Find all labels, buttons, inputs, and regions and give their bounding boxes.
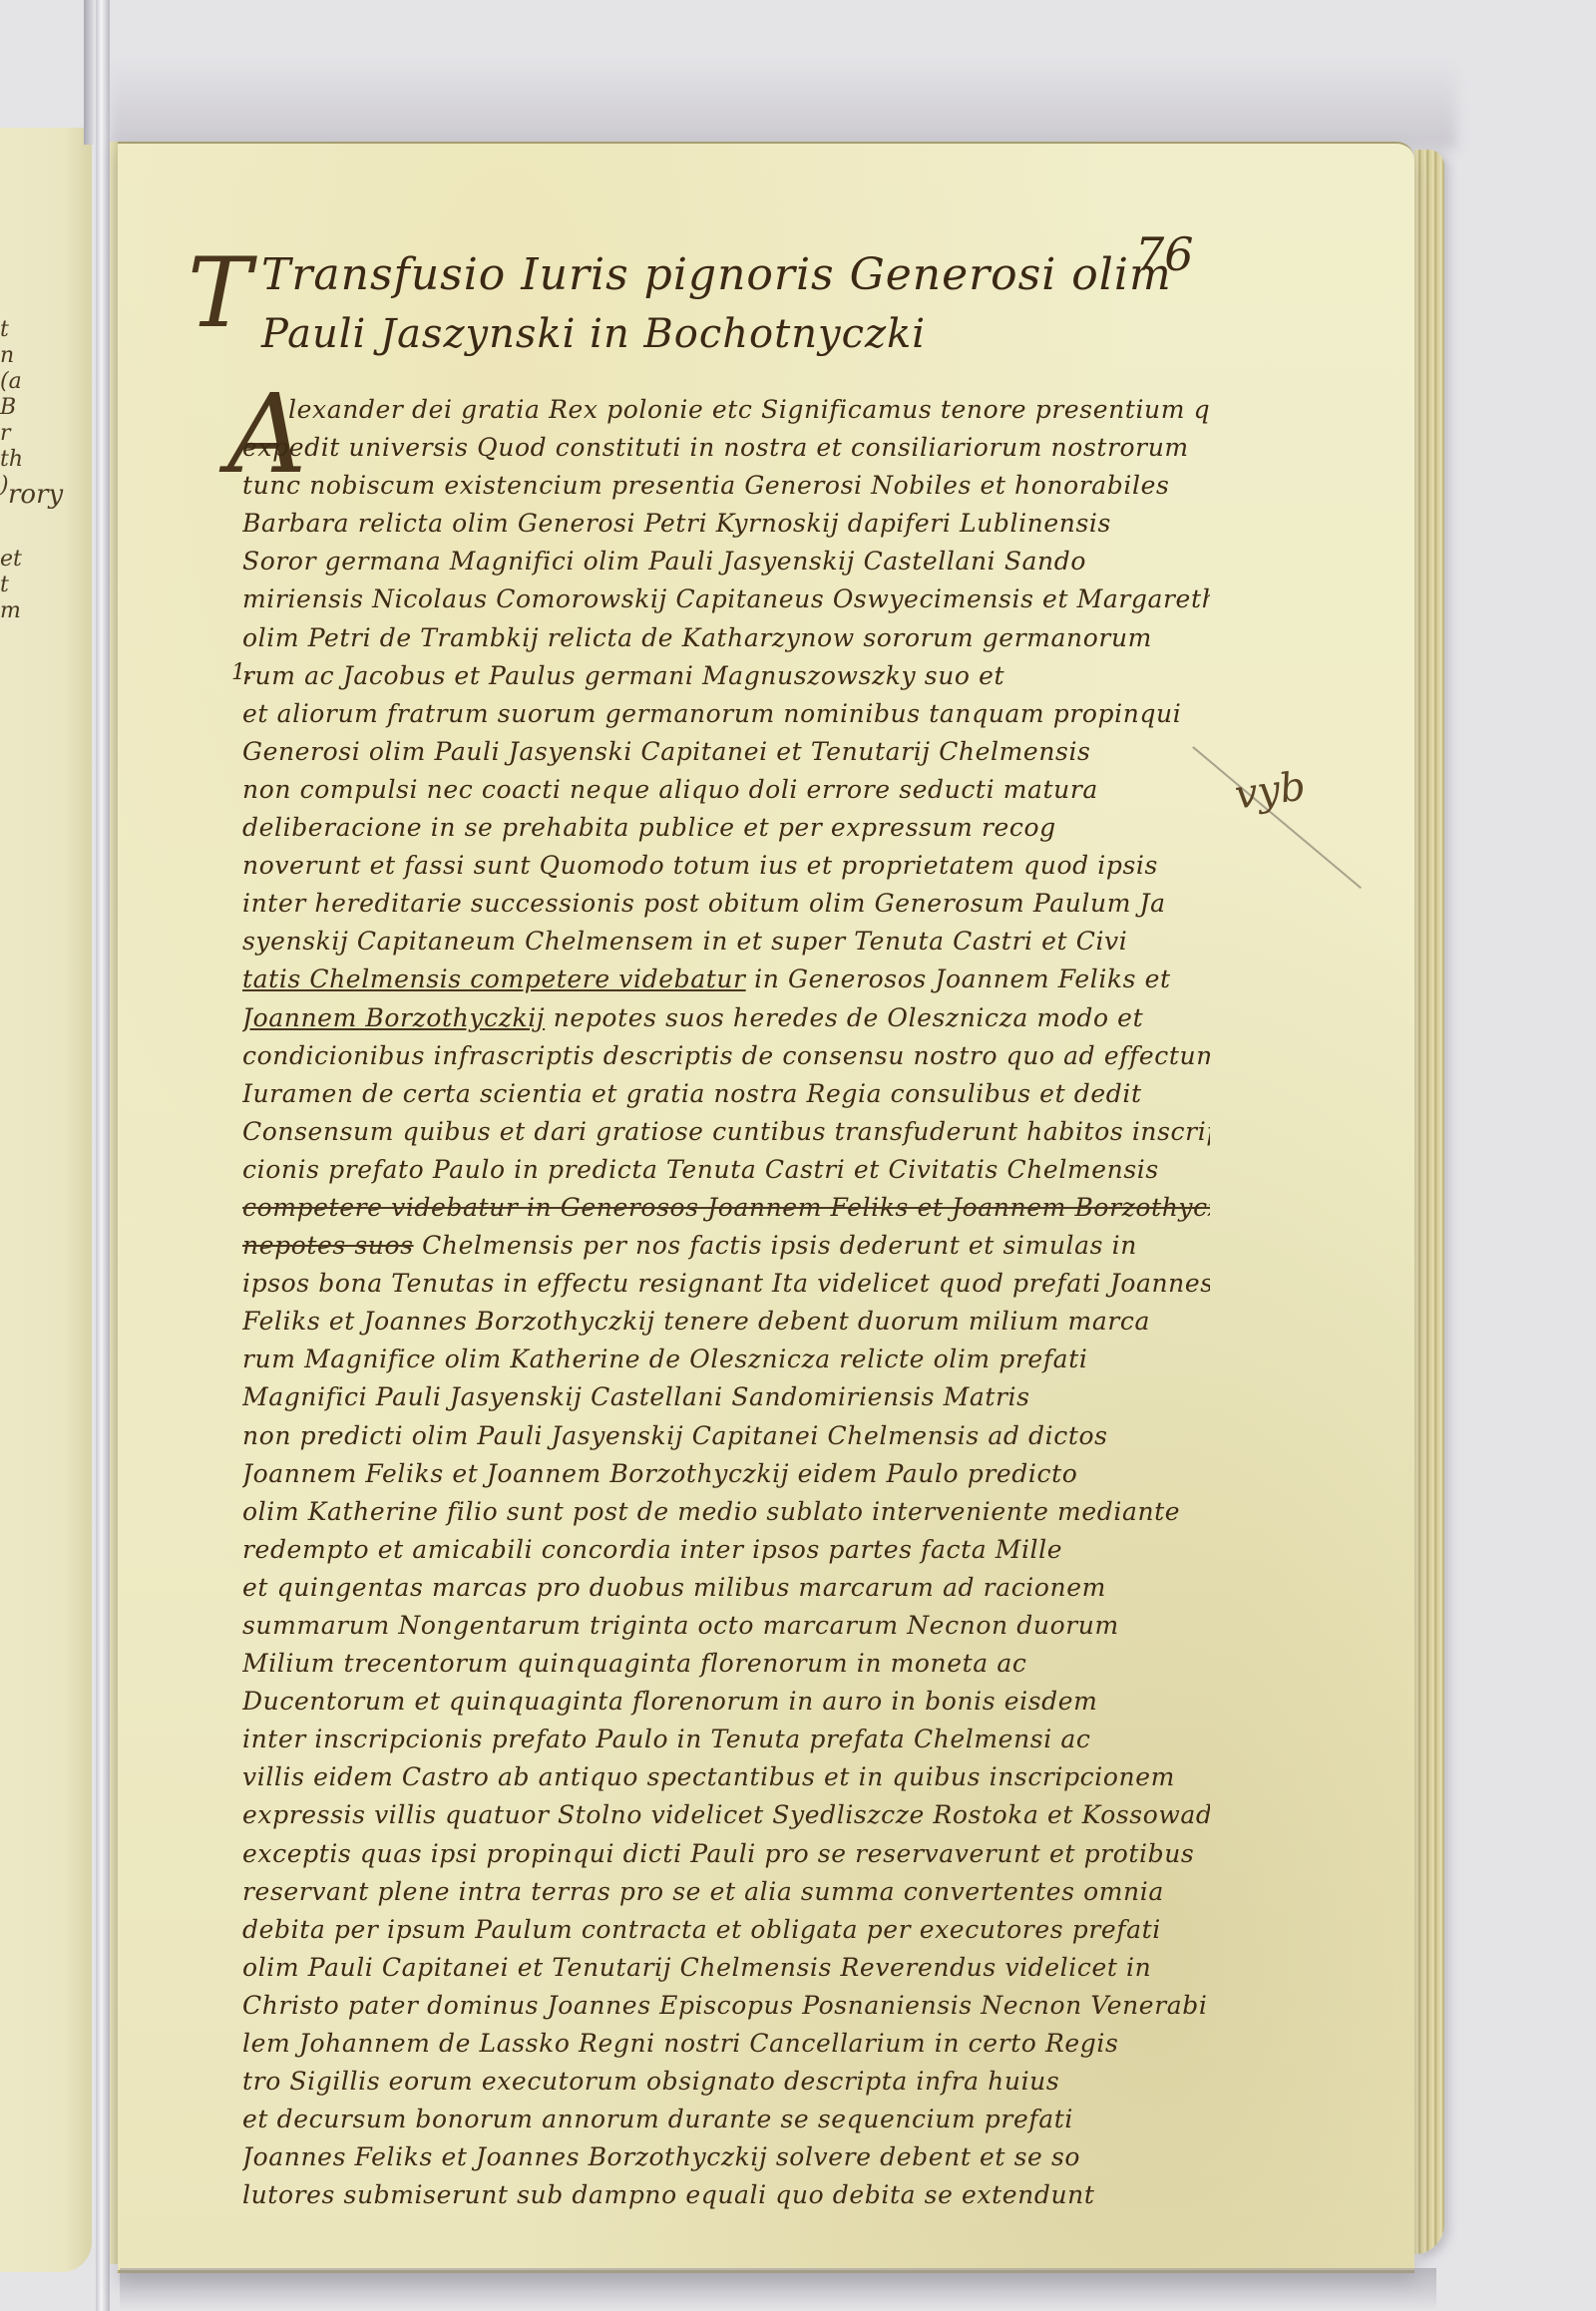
manuscript-line: olim Katherine filio sunt post de medio … — [242, 1493, 1210, 1531]
manuscript-line: inter inscripcionis prefato Paulo in Ten… — [242, 1721, 1210, 1758]
manuscript-line: Joannes Feliks et Joannes Borzothyczkij … — [242, 2138, 1210, 2176]
manuscript-line: exceptis quas ipsi propinqui dicti Pauli… — [242, 1835, 1210, 1873]
manuscript-line: redempto et amicabili concordia inter ip… — [242, 1531, 1210, 1569]
manuscript-line: debita per ipsum Paulum contracta et obl… — [242, 1911, 1210, 1949]
left-page-fragments-bottom: et t m — [0, 547, 60, 624]
manuscript-line: noverunt et fassi sunt Quomodo totum ius… — [242, 847, 1210, 885]
background-shadow — [110, 60, 1456, 150]
manuscript-line: olim Petri de Trambkij relicta de Kathar… — [242, 619, 1210, 657]
manuscript-line: non compulsi nec coacti neque aliquo dol… — [242, 771, 1210, 809]
manuscript-line: Generosi olim Pauli Jasyenski Capitanei … — [242, 733, 1210, 771]
page-stack-edges — [1414, 150, 1444, 2254]
manuscript-line: rum ac Jacobus et Paulus germani Magnusz… — [242, 657, 1210, 695]
heading-line-1: Transfusio Iuris pignoris Generosi olim — [261, 249, 1172, 300]
manuscript-line: Ducentorum et quinquaginta florenorum in… — [242, 1683, 1210, 1721]
manuscript-line: syenskij Capitaneum Chelmensem in et sup… — [242, 923, 1210, 961]
manuscript-line: expressis villis quatuor Stolno videlice… — [242, 1796, 1210, 1834]
manuscript-line: Joannem Borzothyczkij nepotes suos hered… — [242, 999, 1210, 1037]
manuscript-line: Barbara relicta olim Generosi Petri Kyrn… — [242, 505, 1210, 543]
manuscript-line: Consensum quibus et dari gratiose cuntib… — [242, 1113, 1210, 1151]
book-holder-rod — [96, 0, 110, 2311]
manuscript-line: Iuramen de certa scientia et gratia nost… — [242, 1075, 1210, 1113]
manuscript-line: summarum Nongentarum triginta octo marca… — [242, 1607, 1210, 1645]
manuscript-line: et decursum bonorum annorum durante se s… — [242, 2101, 1210, 2138]
manuscript-line: Milium trecentorum quinquaginta florenor… — [242, 1645, 1210, 1683]
manuscript-line: nepotes suos Chelmensis per nos factis i… — [242, 1227, 1210, 1265]
page-bottom-shadow — [120, 2268, 1436, 2311]
body-text-block: lexander dei gratia Rex polonie etc Sign… — [242, 391, 1210, 2215]
manuscript-line: reservant plene intra terras pro se et a… — [242, 1873, 1210, 1911]
left-facing-page: t n (a B r th ) rory et t m — [0, 128, 92, 2272]
manuscript-line: inter hereditarie successionis post obit… — [242, 885, 1210, 923]
decorated-initial-heading: T — [188, 245, 251, 341]
manuscript-line: tunc nobiscum existencium presentia Gene… — [242, 467, 1210, 505]
manuscript-line: tatis Chelmensis competere videbatur in … — [242, 961, 1210, 998]
manuscript-line: lutores submiserunt sub dampno equali qu… — [242, 2176, 1210, 2214]
manuscript-line: Soror germana Magnifici olim Pauli Jasye… — [242, 543, 1210, 580]
manuscript-line: competere videbatur in Generosos Joannem… — [242, 1189, 1210, 1227]
heading-line-2: Pauli Jaszynski in Bochotnyczki — [261, 311, 926, 357]
left-page-fragments-top: t n (a B r th ) — [0, 317, 60, 499]
manuscript-line: rum Magnifice olim Katherine de Olesznic… — [242, 1341, 1210, 1378]
manuscript-line: olim Pauli Capitanei et Tenutarij Chelme… — [242, 1949, 1210, 1987]
manuscript-line: Joannem Feliks et Joannem Borzothyczkij … — [242, 1455, 1210, 1493]
manuscript-line: lexander dei gratia Rex polonie etc Sign… — [242, 391, 1210, 429]
manuscript-line: Magnifici Pauli Jasyenskij Castellani Sa… — [242, 1378, 1210, 1416]
manuscript-line: miriensis Nicolaus Comorowskij Capitaneu… — [242, 580, 1210, 618]
manuscript-line: lem Johannem de Lassko Regni nostri Canc… — [242, 2025, 1210, 2063]
manuscript-line: et aliorum fratrum suorum germanorum nom… — [242, 695, 1210, 733]
manuscript-line: Christo pater dominus Joannes Episcopus … — [242, 1987, 1210, 2025]
manuscript-line: expedit universis Quod constituti in nos… — [242, 429, 1210, 467]
manuscript-line: tro Sigillis eorum executorum obsignato … — [242, 2063, 1210, 2101]
margin-note: vyb — [1232, 763, 1309, 818]
left-page-margin-note: rory — [8, 482, 68, 508]
manuscript-line: condicionibus infrascriptis descriptis d… — [242, 1037, 1210, 1075]
manuscript-line: villis eidem Castro ab antiquo spectanti… — [242, 1758, 1210, 1796]
manuscript-line: et quingentas marcas pro duobus milibus … — [242, 1569, 1210, 1607]
manuscript-line: Feliks et Joannes Borzothyczkij tenere d… — [242, 1303, 1210, 1341]
manuscript-line: non predicti olim Pauli Jasyenskij Capit… — [242, 1417, 1210, 1455]
manuscript-line: cionis prefato Paulo in predicta Tenuta … — [242, 1151, 1210, 1189]
manuscript-line: deliberacione in se prehabita publice et… — [242, 809, 1210, 847]
manuscript-line: ipsos bona Tenutas in effectu resignant … — [242, 1265, 1210, 1303]
